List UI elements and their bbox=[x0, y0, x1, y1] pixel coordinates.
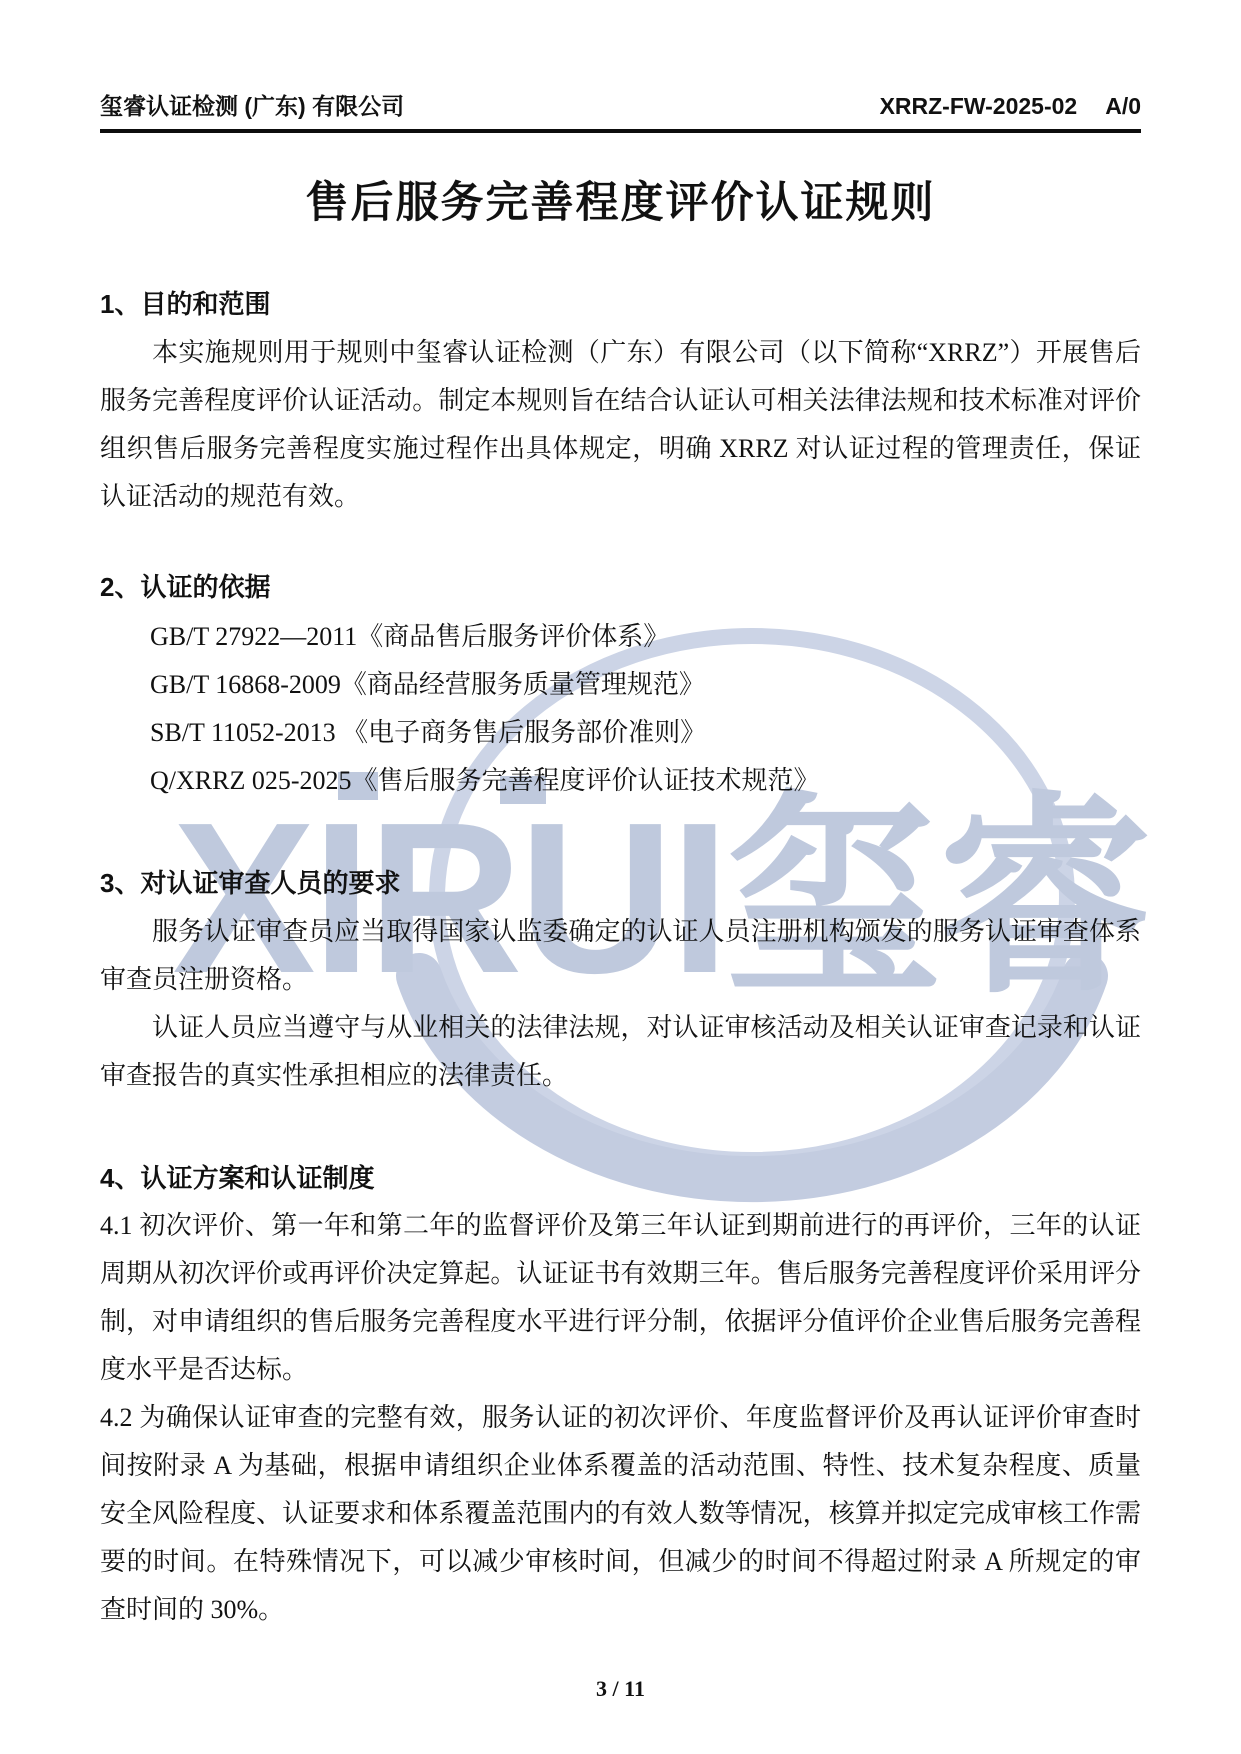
document-number-block: XRRZ-FW-2025-02 A/0 bbox=[880, 94, 1141, 119]
section-4-paragraph-1: 4.1 初次评价、第一年和第二年的监督评价及第三年认证到期前进行的再评价，三年的… bbox=[100, 1202, 1141, 1394]
section-3-heading: 3、对认证审查人员的要求 bbox=[100, 867, 1141, 900]
section-3-paragraph-1: 服务认证审查员应当取得国家认监委确定的认证人员注册机构颁发的服务认证审查体系审查… bbox=[100, 908, 1141, 1004]
section-1-heading: 1、目的和范围 bbox=[100, 288, 1141, 321]
document-revision: A/0 bbox=[1105, 94, 1141, 119]
standard-item: GB/T 16868-2009《商品经营服务质量管理规范》 bbox=[150, 661, 1141, 709]
section-1-paragraph: 本实施规则用于规则中玺睿认证检测（广东）有限公司（以下简称“XRRZ”）开展售后… bbox=[100, 329, 1141, 521]
document-page: XIRUI玺睿 玺睿认证检测 (广东) 有限公司 XRRZ-FW-2025-02… bbox=[0, 0, 1241, 1754]
section-2-heading: 2、认证的依据 bbox=[100, 571, 1141, 604]
page-title: 售后服务完善程度评价认证规则 bbox=[100, 169, 1141, 230]
section-4-heading: 4、认证方案和认证制度 bbox=[100, 1162, 1141, 1195]
page-number: 3 / 11 bbox=[0, 1676, 1241, 1702]
standard-item: GB/T 27922—2011《商品售后服务评价体系》 bbox=[150, 613, 1141, 661]
company-name: 玺睿认证检测 (广东) 有限公司 bbox=[100, 94, 404, 119]
standard-item: Q/XRRZ 025-2025《售后服务完善程度评价认证技术规范》 bbox=[150, 757, 1141, 805]
page-content: 玺睿认证检测 (广东) 有限公司 XRRZ-FW-2025-02 A/0 售后服… bbox=[0, 0, 1241, 1634]
section-4-paragraph-2: 4.2 为确保认证审查的完整有效，服务认证的初次评价、年度监督评价及再认证评价审… bbox=[100, 1394, 1141, 1634]
section-3-paragraph-2: 认证人员应当遵守与从业相关的法律法规，对认证审核活动及相关认证审查记录和认证审查… bbox=[100, 1004, 1141, 1100]
document-header: 玺睿认证检测 (广东) 有限公司 XRRZ-FW-2025-02 A/0 bbox=[100, 0, 1141, 119]
header-rule bbox=[100, 129, 1141, 133]
standard-item: SB/T 11052-2013 《电子商务售后服务部价准则》 bbox=[150, 709, 1141, 757]
standards-list: GB/T 27922—2011《商品售后服务评价体系》 GB/T 16868-2… bbox=[100, 613, 1141, 805]
document-code: XRRZ-FW-2025-02 bbox=[880, 94, 1078, 119]
